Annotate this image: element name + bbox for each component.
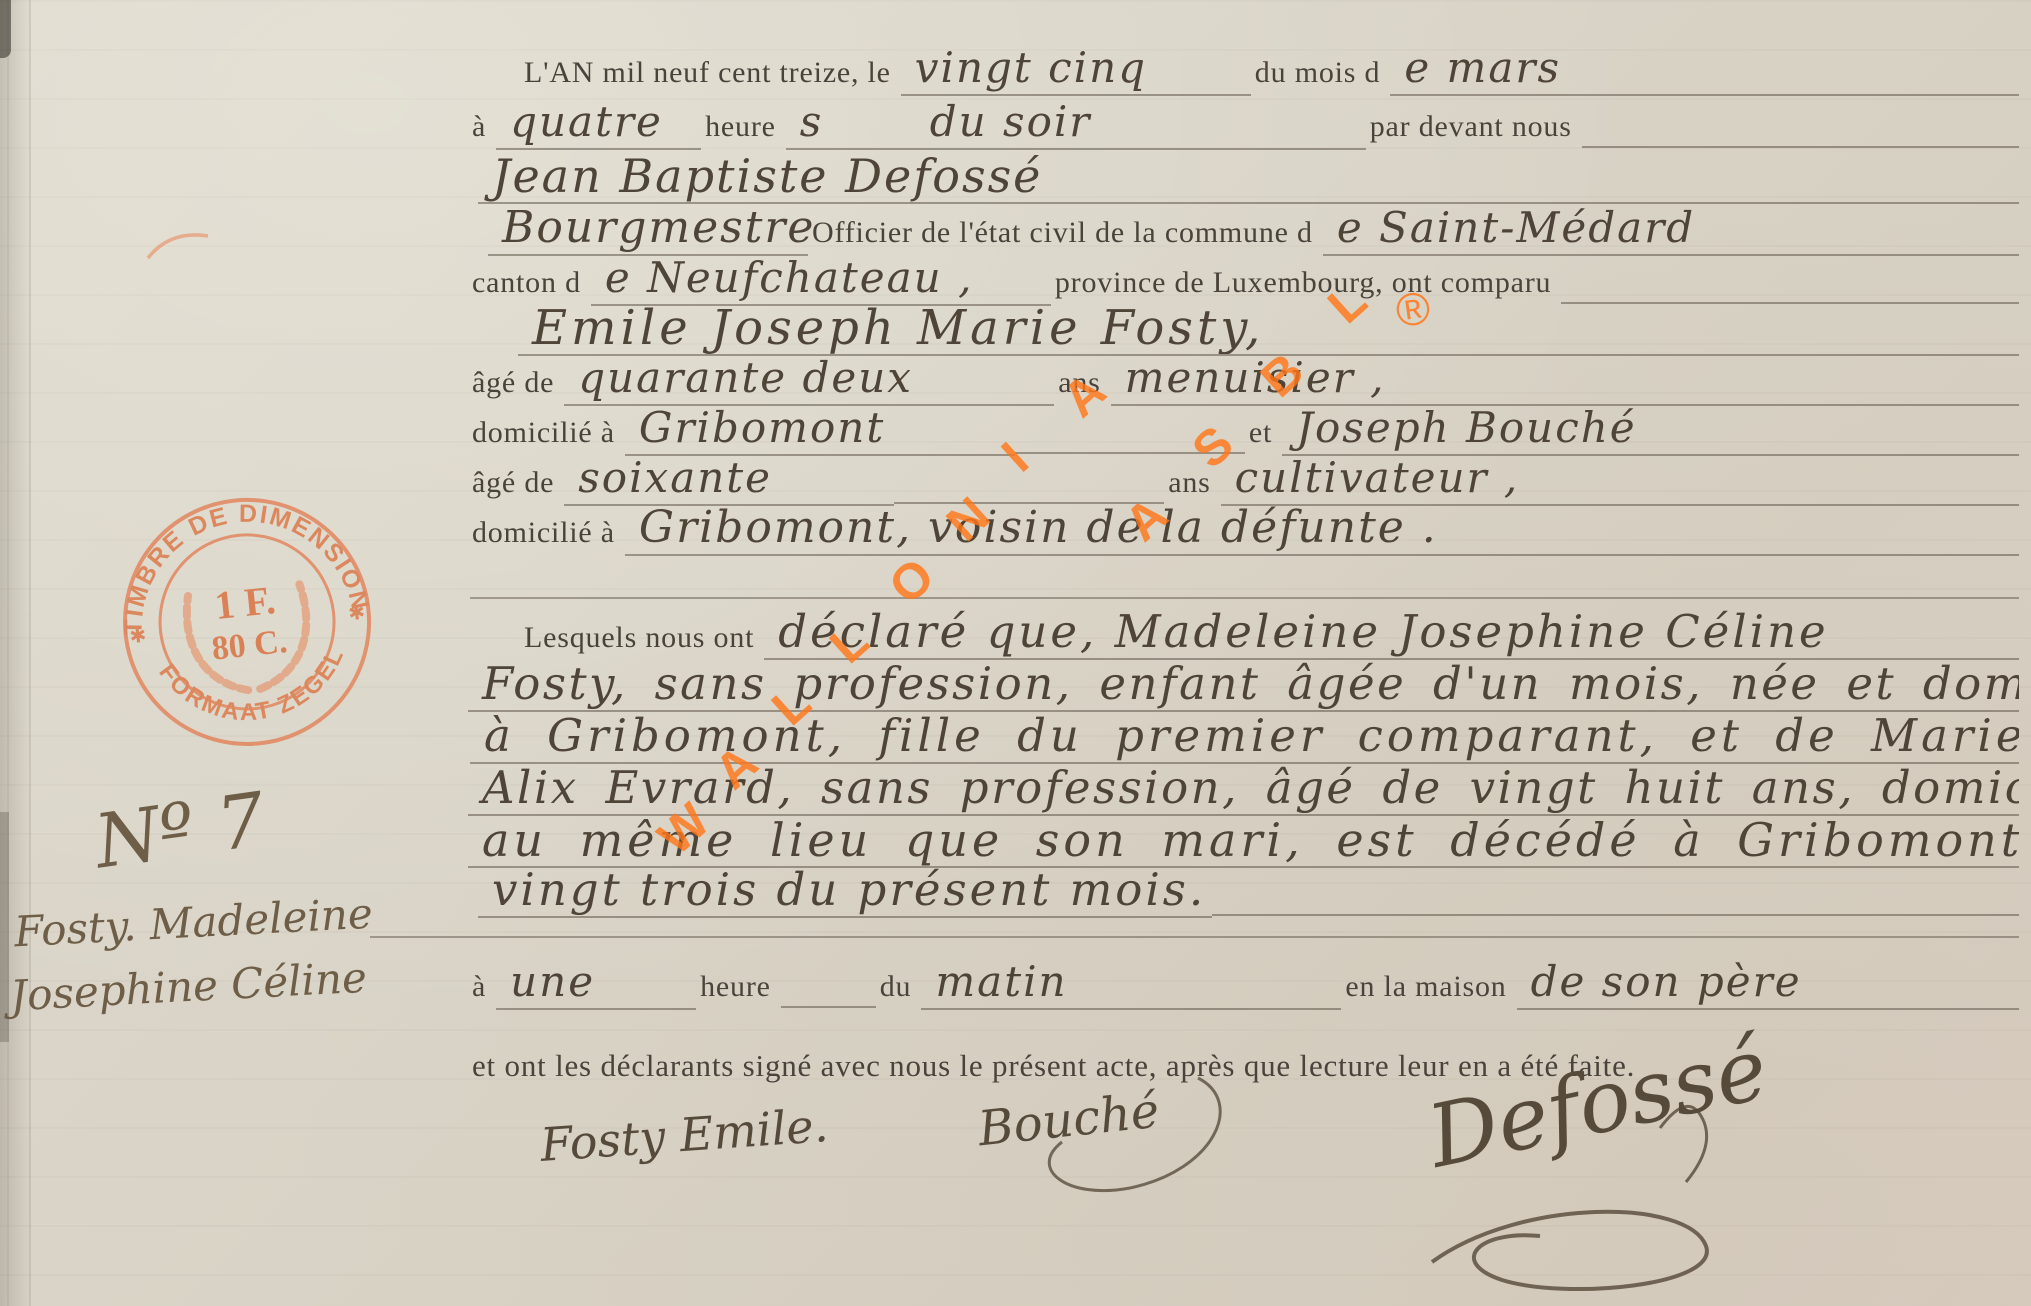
scan-corner-mark — [0, 0, 11, 58]
scan-edge-shadow — [0, 0, 30, 1306]
hand-declaration-6: vingt trois du présent mois. — [478, 864, 1212, 918]
form-line-hour: à quatre heure s du soir par devant nous — [468, 96, 2019, 148]
printed-en-la-maison: en la maison — [1341, 961, 1516, 1013]
printed-heure: heure — [696, 961, 781, 1013]
signature-declarant1: Fosty Emile. — [538, 1098, 829, 1172]
hand-profession: menuisier , — [1111, 352, 2019, 406]
registered-trademark-icon: ® — [1392, 280, 1433, 338]
paper-fold-line-2 — [7, 0, 9, 1306]
scan-edge-dark-patch — [0, 812, 9, 1042]
form-line-closing: et ont les déclarants signé avec nous le… — [468, 1040, 2019, 1092]
printed-month-label: du mois d — [1251, 47, 1391, 99]
faint-orange-curl-mark — [148, 235, 208, 258]
stamp-star-right: ✱ — [347, 602, 366, 626]
officer-signature-paraph — [1432, 1212, 1707, 1289]
hand-domicile: Gribomont — [625, 402, 1015, 456]
rule-fill — [1212, 874, 2019, 916]
hand-domicile-voisin: Gribomont, voisin de la défunte . — [625, 502, 2019, 556]
hand-plural-s: s — [786, 96, 916, 150]
hand-declaration-4: Alix Evrard, sans profession, âgé de vin… — [468, 762, 2019, 816]
revenue-stamp: TIMBRE DE DIMENSION FORMAAT ZEGEL ✱ ✱ 1 … — [97, 463, 396, 762]
form-line-declaration-4: Alix Evrard, sans profession, âgé de vin… — [468, 762, 2019, 814]
blank-ruled-line — [370, 936, 2019, 938]
hand-day: vingt cinq — [901, 42, 1251, 96]
form-line-canton: canton d e Neufchateau , province de Lux… — [468, 252, 2019, 304]
form-line-declaration-3: à Gribomont, fille du premier comparant,… — [470, 710, 2019, 762]
hand-maison: de son père — [1517, 956, 2019, 1010]
act-number: Nº 7 — [90, 777, 270, 886]
rule-fill — [1582, 106, 2019, 148]
printed-year-label: L'AN mil neuf cent treize, le — [520, 47, 901, 99]
form-line-officer-title: Bourgmestre Officier de l'état civil de … — [488, 202, 2019, 254]
form-line-declarant2-age: âgé de soixante ans cultivateur , — [468, 452, 2019, 504]
rule-fill — [1561, 262, 2019, 304]
form-line-year-day: L'AN mil neuf cent treize, le vingt cinq… — [520, 42, 2019, 94]
hand-hour: une — [496, 956, 696, 1010]
form-line-officer-name: Jean Baptiste Defossé — [478, 150, 2019, 202]
hand-age: quarante deux — [564, 352, 1054, 406]
form-line-declarant1-domicile: domicilié à Gribomont et Joseph Bouché — [468, 402, 2019, 454]
form-line-declarant1-age: âgé de quarante deux ans menuisier , — [468, 352, 2019, 404]
printed-du: du — [876, 961, 922, 1013]
hand-canton: e Neufchateau , — [591, 252, 1051, 306]
form-line-declaration-6: vingt trois du présent mois. — [478, 864, 2019, 916]
hand-matin: matin — [921, 956, 1341, 1010]
hand-profession: cultivateur , — [1221, 452, 2019, 506]
printed-lesquels: Lesquels nous ont — [520, 612, 764, 664]
printed-at: à — [468, 961, 496, 1013]
form-line-declaration-start: Lesquels nous ont déclaré que, Madeleine… — [520, 606, 2019, 658]
hand-declarant2-name: Joseph Bouché — [1282, 402, 2019, 456]
stamp-star-left: ✱ — [128, 625, 147, 649]
blank-ruled-line — [470, 597, 2019, 599]
form-line-declarant1: Emile Joseph Marie Fosty, — [518, 302, 2019, 354]
hand-declaration-1: déclaré que, Madeleine Josephine Céline — [764, 606, 2019, 660]
form-line-declarant2-domicile: domicilié à Gribomont, voisin de la défu… — [468, 502, 2019, 554]
hand-declaration-3: à Gribomont, fille du premier comparant,… — [470, 710, 2019, 764]
margin-name-line2: Josephine Céline — [9, 953, 368, 1021]
hand-declaration-2: Fosty, sans profession, enfant âgée d'un… — [468, 658, 2019, 712]
hand-bourgmestre: Bourgmestre — [488, 202, 808, 256]
margin-name-line1: Fosty. Madeleine — [13, 889, 374, 957]
signature-declarant2: Bouché — [976, 1083, 1162, 1158]
printed-domicilie-a: domicilié à — [468, 507, 625, 559]
form-line-declaration-2: Fosty, sans profession, enfant âgée d'un… — [468, 658, 2019, 710]
hand-officer-name: Jean Baptiste Defossé — [478, 150, 2019, 204]
hand-age: soixante — [564, 452, 894, 506]
paper-fold-line — [29, 0, 31, 1306]
rule-fill — [781, 966, 876, 1008]
stamp-value-centimes: 80 C. — [210, 623, 289, 668]
printed-par-devant-nous: par devant nous — [1366, 101, 1582, 153]
hand-hour: quatre — [496, 96, 701, 150]
hand-month: e mars — [1390, 42, 2019, 96]
hand-commune: e Saint-Médard — [1323, 202, 2019, 256]
form-line-death-hour: à une heure du matin en la maison de son… — [468, 956, 2019, 1008]
death-certificate-scan: TIMBRE DE DIMENSION FORMAAT ZEGEL ✱ ✱ 1 … — [0, 0, 2031, 1306]
printed-heure: heure — [701, 101, 786, 153]
stamp-value-francs: 1 F. — [212, 577, 277, 628]
printed-at: à — [468, 101, 496, 153]
hand-du-soir: du soir — [916, 96, 1366, 150]
